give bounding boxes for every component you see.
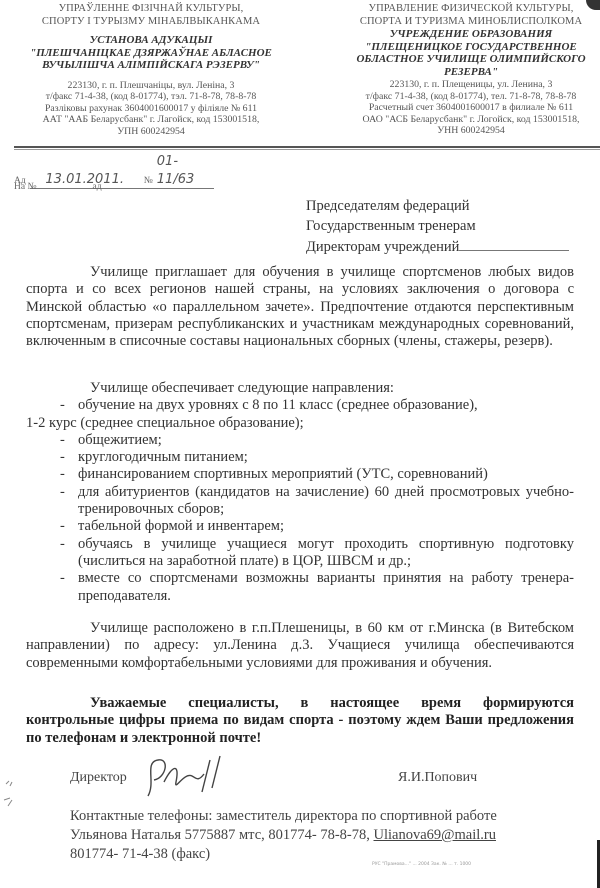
letterhead-belarusian: УПРАЎЛЕННЕ ФІЗІЧНАЙ КУЛЬТУРЫ, СПОРТУ І Т… xyxy=(20,0,282,137)
address-line: 223130, г. п. Плешчаніцы, вул. Леніна, 3 xyxy=(20,80,282,92)
institution-name-line: "ПЛЕЩЕНИЦКОЕ ГОСУДАРСТВЕННОЕ xyxy=(340,41,600,54)
bullet-dash: - xyxy=(60,536,65,553)
list-item-text: обучаясь в училище учащиеся могут проход… xyxy=(78,536,574,569)
addressee-block: Председателям федераций Государственным … xyxy=(306,196,569,257)
tax-id-line: УПН 600242954 xyxy=(20,126,282,138)
institution-name-line: УЧРЕЖДЕНИЕ ОБРАЗОВАНИЯ xyxy=(340,28,600,41)
addressee-line: Директорам учреждений xyxy=(306,236,569,257)
institution-name-line: РЕЗЕРВА" xyxy=(340,66,600,79)
phone-line: т/факс 71-4-38, (код 8-01774), тэл. 71-8… xyxy=(20,91,282,103)
letterhead-russian: УПРАВЛЕНИЕ ФИЗИЧЕСКОЙ КУЛЬТУРЫ, СПОРТА И… xyxy=(340,0,600,137)
bank-name-line: ОАО "АСБ Беларусбанк" г. Логойск, код 15… xyxy=(340,114,600,126)
list-item: -обучение на двух уровнях с 8 по 11 клас… xyxy=(26,397,574,414)
list-item: -табельной формой и инвентарем; xyxy=(26,518,574,535)
list-item-text: обучение на двух уровнях с 8 по 11 класс… xyxy=(78,397,478,413)
ministry-name-line: СПОРТА И ТУРИЗМА МИНОБЛИСПОЛКОМА xyxy=(340,16,600,29)
institution-name-line: УСТАНОВА АДУКАЦЫІ xyxy=(20,34,282,47)
reference-line: На № ад xyxy=(14,176,214,194)
bullet-dash: - xyxy=(60,484,65,501)
addressee-text: Директорам учреждений xyxy=(306,239,459,255)
reference-number-field xyxy=(41,179,89,189)
bullet-dash: - xyxy=(60,432,65,449)
print-microtext: РУС "Прамова..." ... 2004 Зак. № ... т. … xyxy=(372,862,471,867)
list-item: -вместе со спортсменами возможны вариант… xyxy=(26,570,574,605)
list-item: -финансированием спортивных мероприятий … xyxy=(26,466,574,483)
addressee-underline xyxy=(459,236,569,251)
intro-paragraph: Училище приглашает для обучения в училищ… xyxy=(26,264,574,350)
bank-account-line: Расчетный счет 3604001600017 в филиале №… xyxy=(340,102,600,114)
provisions-list: Училище обеспечивает следующие направлен… xyxy=(26,380,574,605)
tax-id-line: УНН 600242954 xyxy=(340,125,600,137)
appeal-paragraph: Уважаемые специалисты, в настоящее время… xyxy=(26,695,574,747)
list-item: -для абитуриентов (кандидатов на зачисле… xyxy=(26,484,574,519)
list-item-text: круглогодичным питанием; xyxy=(78,449,248,465)
list-item-text: вместе со спортсменами возможны варианты… xyxy=(78,570,574,603)
reference-date-field xyxy=(106,179,214,189)
ministry-name-line: СПОРТУ І ТУРЫЗМУ МІНАБЛВЫКАНКАМА xyxy=(20,16,282,29)
list-item: -общежитием; xyxy=(26,432,574,449)
contact-person-phones: Ульянова Наталья 5775887 мтс, 801774- 78… xyxy=(70,827,374,843)
list-item: -круглогодичным питанием; xyxy=(26,449,574,466)
contacts-phone-line: Ульянова Наталья 5775887 мтс, 801774- 78… xyxy=(70,826,497,845)
bank-account-line: Разліковы рахунак 3604001600017 у філіял… xyxy=(20,103,282,115)
addressee-line: Государственным тренерам xyxy=(306,216,569,236)
header-divider xyxy=(14,146,600,148)
institution-name-line: ОБЛАСТНОЕ УЧИЛИЩЕ ОЛИМПИЙСКОГО xyxy=(340,53,600,66)
phone-line: т/факс 71-4-38, (код 8-01774), тел. 71-8… xyxy=(340,91,600,103)
provisions-heading: Училище обеспечивает следующие направлен… xyxy=(26,380,574,397)
bullet-dash: - xyxy=(60,570,65,587)
contacts-heading: Контактные телефоны: заместитель директо… xyxy=(70,807,497,826)
signature-scribble-icon xyxy=(136,752,246,802)
ministry-name-line: УПРАВЛЕНИЕ ФИЗИЧЕСКОЙ КУЛЬТУРЫ, xyxy=(340,3,600,16)
bullet-dash: - xyxy=(60,518,65,535)
reference-number-label: На № xyxy=(14,182,37,192)
list-item-text: финансированием спортивных мероприятий (… xyxy=(78,466,488,482)
location-paragraph: Училище расположено в г.п.Плешеницы, в 6… xyxy=(26,620,574,672)
list-item-continuation: 1-2 курс (среднее специальное образовани… xyxy=(26,415,574,432)
address-line: 223130, г. п. Плещеницы, ул. Ленина, 3 xyxy=(340,79,600,91)
contacts-block: Контактные телефоны: заместитель директо… xyxy=(70,807,497,864)
signatory-title: Директор xyxy=(70,770,127,786)
list-item-text: общежитием; xyxy=(78,432,162,448)
ministry-name-line: УПРАЎЛЕННЕ ФІЗІЧНАЙ КУЛЬТУРЫ, xyxy=(20,3,282,16)
reference-date-label: ад xyxy=(93,182,102,192)
bullet-dash: - xyxy=(60,449,65,466)
margin-mark-icon xyxy=(0,776,20,816)
institution-name-line: ВУЧЫЛІШЧА АЛІМПІЙСКАГА РЭЗЕРВУ" xyxy=(20,59,282,72)
bullet-dash: - xyxy=(60,397,65,414)
header-divider-thin xyxy=(14,149,600,150)
email-link[interactable]: Ulianova69@mail.ru xyxy=(374,827,496,843)
bullet-dash: - xyxy=(60,466,65,483)
list-item-text: для абитуриентов (кандидатов на зачислен… xyxy=(78,484,574,517)
list-item-text: табельной формой и инвентарем; xyxy=(78,518,284,534)
signatory-name: Я.И.Попович xyxy=(398,770,477,786)
institution-name-line: "ПЛЕШЧАНІЦКАЕ ДЗЯРЖАЎНАЕ АБЛАСНОЕ xyxy=(20,47,282,60)
addressee-line: Председателям федераций xyxy=(306,196,569,216)
list-item: -обучаясь в училище учащиеся могут прохо… xyxy=(26,536,574,571)
bank-name-line: ААТ "ААБ Беларусбанк" г. Лагойск, код 15… xyxy=(20,114,282,126)
